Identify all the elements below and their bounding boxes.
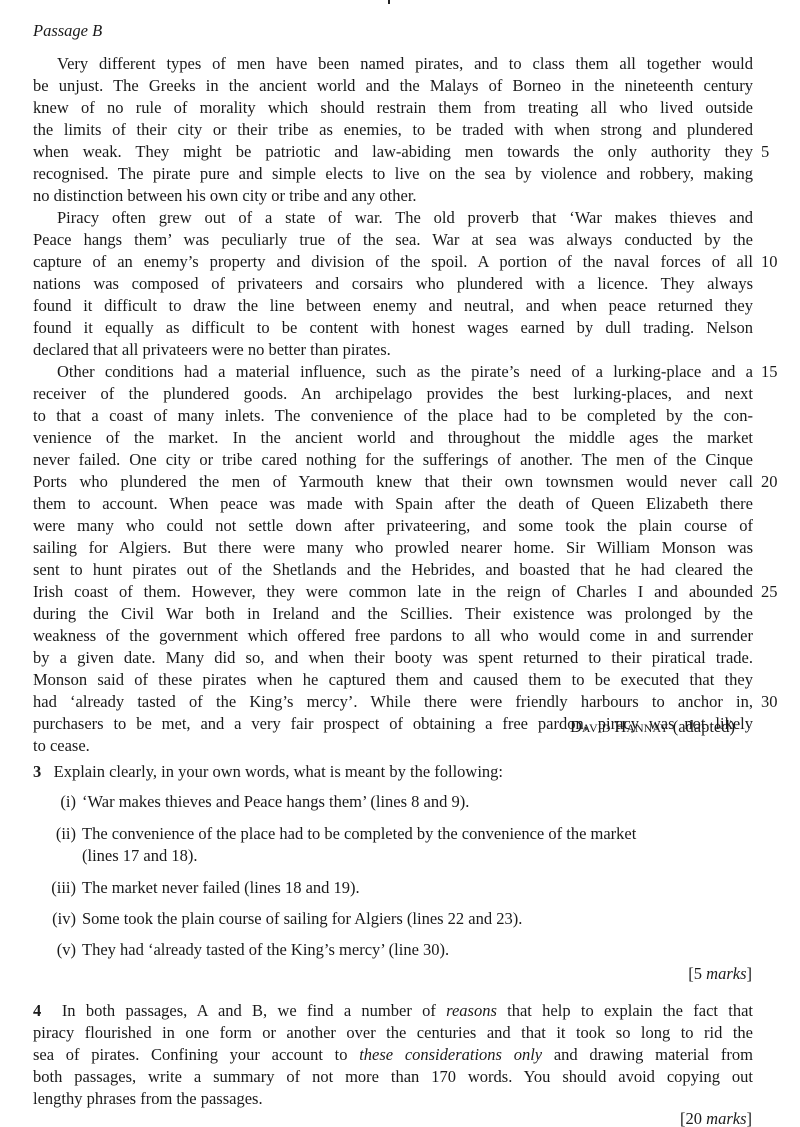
passage-line: no distinction between his own city or t… (33, 185, 753, 207)
passage-title: Passage B (33, 21, 102, 41)
question-3-item-ii-cont: (lines 17 and 18). (82, 845, 197, 867)
passage-line: venience of the market. In the ancient w… (33, 427, 753, 449)
question-number: 4 (33, 1001, 41, 1020)
author-attribution: David Hannay (adapted) (570, 716, 735, 738)
passage-line: receiver of the plundered goods. An arch… (33, 383, 753, 405)
passage-line: nations was composed of privateers and c… (33, 273, 753, 295)
question-4-line-2: piracy flourished in one form or another… (33, 1022, 753, 1044)
passage-line: were many who could not settle down afte… (33, 515, 753, 537)
passage-line: them to account. When peace was made wit… (33, 493, 753, 515)
line-number: 10 (761, 251, 778, 273)
passage-line: Peace hangs them’ was peculiarly true of… (33, 229, 753, 251)
question-3-item-iv: (iv)Some took the plain course of sailin… (40, 908, 522, 930)
question-3-item-i: (i)‘War makes thieves and Peace hangs th… (40, 791, 469, 813)
question-4-line-1: 4 In both passages, A and B, we find a n… (33, 1000, 753, 1022)
question-3-item-v: (v)They had ‘already tasted of the King’… (40, 939, 449, 961)
author-name: David Hannay (570, 717, 669, 736)
question-4-line-3: sea of pirates. Confining your account t… (33, 1044, 753, 1066)
question-3-item-ii: (ii)The convenience of the place had to … (40, 823, 636, 845)
passage-line: sailing for Algiers. But there were many… (33, 537, 753, 559)
question-4-line-4: both passages, write a summary of not mo… (33, 1066, 753, 1088)
passage-line: found it difficult to draw the line betw… (33, 295, 753, 317)
passage-line: had ‘already tasted of the King’s mercy’… (33, 691, 753, 713)
question-3-item-iii: (iii)The market never failed (lines 18 a… (40, 877, 360, 899)
passage-line: found it equally as difficult to be cont… (33, 317, 753, 339)
question-3-marks: [5 marks] (688, 963, 752, 985)
passage-line: during the Civil War both in Ireland and… (33, 603, 753, 625)
line-number: 20 (761, 471, 778, 493)
passage-line: Monson said of these pirates when he cap… (33, 669, 753, 691)
passage-line: recognised. The pirate pure and simple e… (33, 163, 753, 185)
line-number: 30 (761, 691, 778, 713)
passage-line: declared that all privateers were no bet… (33, 339, 753, 361)
author-note: (adapted) (673, 717, 735, 736)
question-4-marks: [20 marks] (680, 1108, 752, 1127)
line-number: 5 (761, 141, 769, 163)
passage-line: Irish coast of them. However, they were … (33, 581, 753, 603)
passage-line: be unjust. The Greeks in the ancient wor… (33, 75, 753, 97)
passage-line: never failed. One city or tribe cared no… (33, 449, 753, 471)
question-text: Explain clearly, in your own words, what… (54, 762, 503, 781)
passage-line: the limits of their city or their tribe … (33, 119, 753, 141)
passage-line: capture of an enemy’s property and divis… (33, 251, 753, 273)
question-number: 3 (33, 762, 41, 781)
passage-line: Very different types of men have been na… (33, 53, 753, 75)
passage-line: knew of no rule of morality which should… (33, 97, 753, 119)
passage-line: weakness of the government which offered… (33, 625, 753, 647)
passage-line: Other conditions had a material influenc… (33, 361, 753, 383)
passage-line: Ports who plundered the men of Yarmouth … (33, 471, 753, 493)
line-number: 15 (761, 361, 778, 383)
passage-line: by a given date. Many did so, and when t… (33, 647, 753, 669)
passage-line: sent to hunt pirates out of the Shetland… (33, 559, 753, 581)
passage-line: Piracy often grew out of a state of war.… (33, 207, 753, 229)
page-number-fragment (388, 0, 390, 4)
question-4-line-5: lengthy phrases from the passages. (33, 1088, 753, 1110)
passage-line: to that a coast of many inlets. The conv… (33, 405, 753, 427)
question-3-prompt: 3 Explain clearly, in your own words, wh… (33, 761, 503, 783)
passage-line: to cease. (33, 735, 753, 757)
passage-line: when weak. They might be patriotic and l… (33, 141, 753, 163)
line-number: 25 (761, 581, 778, 603)
